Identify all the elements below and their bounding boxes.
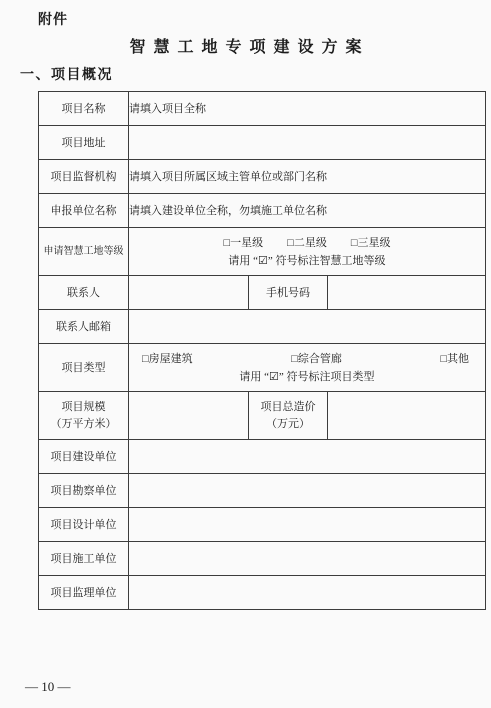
construction-owner-value bbox=[129, 440, 486, 474]
project-address-label: 项目地址 bbox=[39, 126, 129, 160]
contact-email-value bbox=[129, 310, 486, 344]
table-row-survey-unit: 项目勘察单位 bbox=[39, 474, 486, 508]
project-scale-label-line1: 项目规模 bbox=[39, 399, 128, 416]
project-overview-table: 项目名称 请填入项目全称 项目地址 项目监督机构 请填入项目所属区域主管单位或部… bbox=[38, 91, 486, 610]
applicant-unit-value: 请填入建设单位全称，勿填施工单位名称 bbox=[129, 194, 486, 228]
contact-value bbox=[129, 276, 249, 310]
total-cost-value bbox=[328, 392, 486, 440]
table-row-contact: 联系人 手机号码 bbox=[39, 276, 486, 310]
type-option-building-label: 房屋建筑 bbox=[149, 353, 193, 365]
table-row-smart-site-grade: 申请智慧工地等级 □一星级 □二星级 □三星级 请用 “☑” 符号标注智慧工地等… bbox=[39, 228, 486, 276]
page-number: — 10 — bbox=[25, 679, 71, 695]
grade-option-three-star: □三星级 bbox=[351, 234, 391, 252]
design-unit-value bbox=[129, 508, 486, 542]
checkbox-unchecked-icon: □ bbox=[142, 353, 149, 365]
table-row-construction-unit: 项目施工单位 bbox=[39, 542, 486, 576]
attachment-label: 附件 bbox=[38, 9, 68, 29]
contact-label: 联系人 bbox=[39, 276, 129, 310]
applicant-unit-label: 申报单位名称 bbox=[39, 194, 129, 228]
table-row-applicant-unit: 申报单位名称 请填入建设单位全称，勿填施工单位名称 bbox=[39, 194, 486, 228]
construction-owner-label: 项目建设单位 bbox=[39, 440, 129, 474]
supervision-unit-label: 项目监理单位 bbox=[39, 576, 129, 610]
project-scale-label: 项目规模 （万平方米） bbox=[39, 392, 129, 440]
section-heading: 一、项目概况 bbox=[20, 64, 113, 84]
grade-option-three-star-label: 三星级 bbox=[357, 237, 390, 249]
grade-option-two-star: □二星级 bbox=[287, 234, 327, 252]
total-cost-label-line2: （万元） bbox=[249, 416, 327, 433]
phone-value bbox=[328, 276, 486, 310]
table-row-project-scale: 项目规模 （万平方米） 项目总造价 （万元） bbox=[39, 392, 486, 440]
project-type-options: □房屋建筑 □综合管廊 □其他 bbox=[129, 350, 485, 368]
contact-email-label: 联系人邮箱 bbox=[39, 310, 129, 344]
document-title: 智慧工地专项建设方案 bbox=[0, 34, 491, 57]
table-row-design-unit: 项目设计单位 bbox=[39, 508, 486, 542]
table-row-supervision-unit: 项目监理单位 bbox=[39, 576, 486, 610]
project-type-value: □房屋建筑 □综合管廊 □其他 请用 “☑” 符号标注项目类型 bbox=[129, 344, 486, 392]
checkbox-unchecked-icon: □ bbox=[287, 237, 294, 249]
project-address-value bbox=[129, 126, 486, 160]
total-cost-label: 项目总造价 （万元） bbox=[249, 392, 328, 440]
table-row-project-address: 项目地址 bbox=[39, 126, 486, 160]
type-option-utility-tunnel-label: 综合管廊 bbox=[298, 353, 342, 365]
table-row-construction-owner: 项目建设单位 bbox=[39, 440, 486, 474]
supervisory-authority-label: 项目监督机构 bbox=[39, 160, 129, 194]
grade-options: □一星级 □二星级 □三星级 bbox=[129, 234, 485, 252]
design-unit-label: 项目设计单位 bbox=[39, 508, 129, 542]
table-row-project-name: 项目名称 请填入项目全称 bbox=[39, 92, 486, 126]
type-option-other-label: 其他 bbox=[447, 353, 469, 365]
smart-site-grade-label: 申请智慧工地等级 bbox=[39, 228, 129, 276]
grade-hint: 请用 “☑” 符号标注智慧工地等级 bbox=[129, 252, 485, 270]
project-name-label: 项目名称 bbox=[39, 92, 129, 126]
supervision-unit-value bbox=[129, 576, 486, 610]
table-row-project-type: 项目类型 □房屋建筑 □综合管廊 □其他 请用 “☑” 符号标注项目类型 bbox=[39, 344, 486, 392]
survey-unit-label: 项目勘察单位 bbox=[39, 474, 129, 508]
table-row-contact-email: 联系人邮箱 bbox=[39, 310, 486, 344]
project-scale-label-line2: （万平方米） bbox=[39, 416, 128, 433]
table-row-supervisory-authority: 项目监督机构 请填入项目所属区域主管单位或部门名称 bbox=[39, 160, 486, 194]
checkbox-unchecked-icon: □ bbox=[291, 353, 298, 365]
type-option-other: □其他 bbox=[440, 350, 469, 368]
smart-site-grade-value: □一星级 □二星级 □三星级 请用 “☑” 符号标注智慧工地等级 bbox=[129, 228, 486, 276]
construction-unit-label: 项目施工单位 bbox=[39, 542, 129, 576]
type-option-utility-tunnel: □综合管廊 bbox=[291, 350, 342, 368]
grade-option-one-star: □一星级 bbox=[224, 234, 264, 252]
supervisory-authority-value: 请填入项目所属区域主管单位或部门名称 bbox=[129, 160, 486, 194]
document-page: 附件 智慧工地专项建设方案 一、项目概况 项目名称 请填入项目全称 项目地址 项… bbox=[0, 0, 491, 708]
total-cost-label-line1: 项目总造价 bbox=[249, 399, 327, 416]
project-type-label: 项目类型 bbox=[39, 344, 129, 392]
type-option-building: □房屋建筑 bbox=[142, 350, 193, 368]
checkbox-unchecked-icon: □ bbox=[440, 353, 447, 365]
grade-option-one-star-label: 一星级 bbox=[230, 237, 263, 249]
phone-label: 手机号码 bbox=[249, 276, 328, 310]
project-name-value: 请填入项目全称 bbox=[129, 92, 486, 126]
project-type-hint: 请用 “☑” 符号标注项目类型 bbox=[129, 368, 485, 386]
construction-unit-value bbox=[129, 542, 486, 576]
project-scale-value bbox=[129, 392, 249, 440]
survey-unit-value bbox=[129, 474, 486, 508]
grade-option-two-star-label: 二星级 bbox=[294, 237, 327, 249]
